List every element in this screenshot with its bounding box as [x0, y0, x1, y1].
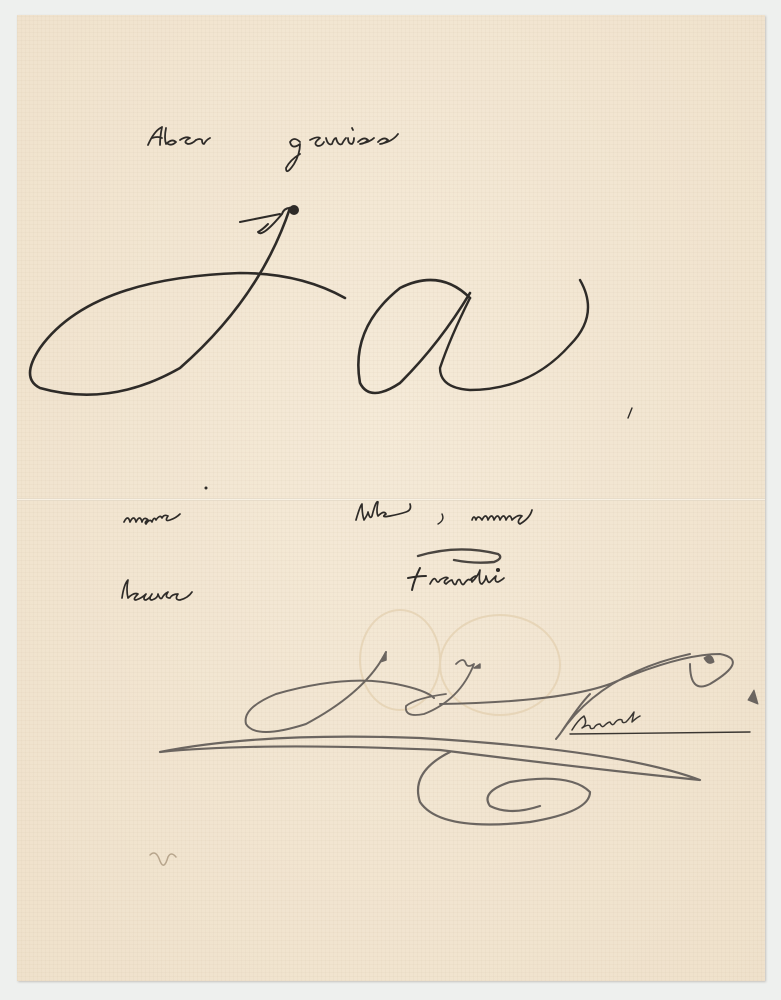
line4-ink: [122, 549, 504, 600]
line3-ink: [124, 502, 532, 524]
line2-ink: [30, 205, 588, 395]
line1-ink: [148, 127, 398, 171]
bleed-through-mark: [150, 853, 176, 865]
signature-ink: [160, 652, 758, 825]
ink-dot: [205, 487, 208, 490]
handwriting-layer: [0, 0, 781, 1000]
stray-mark: [628, 408, 632, 418]
